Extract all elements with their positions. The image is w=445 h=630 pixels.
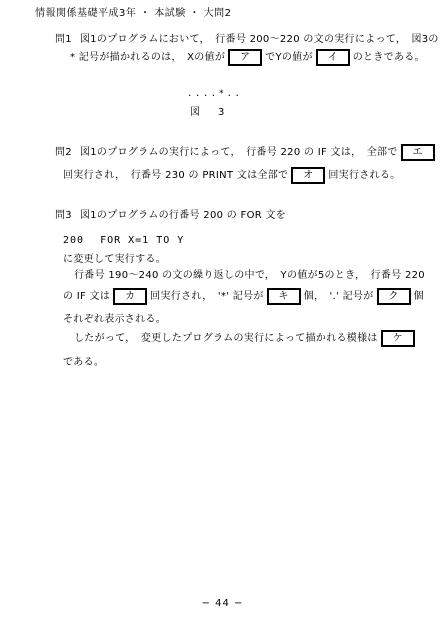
q2-line2-post: 回実行される。 [328,166,400,185]
q3-line4: 行番号 190～240 の文の繰り返しの中で， Yの値が5のとき， 行番号 22… [74,266,425,285]
answer-box-i: イ [316,49,350,66]
q1-line2-mid: でYの値が [265,48,313,67]
q3-label: 問3 [55,206,72,225]
q3-line5-mid2: 個， '.' 記号が [304,287,374,306]
q1-line2: * 記号が描かれるのは， Xの値が ア でYの値が イ のときである。 [70,48,425,67]
q3-line5-mid1: 回実行され， '*' 記号が [150,287,263,306]
q3-line1: 問3 図1のプログラムの行番号 200 の FOR 文を [55,206,286,225]
answer-box-e: エ [401,144,435,161]
q3-line5-pre: の IF 文は [63,287,110,306]
q3-line7: したがって， 変更したプログラムの実行によって描かれる模様は ケ [74,329,418,348]
q1-label: 問1 [55,30,72,49]
q3-line7-text: したがって， 変更したプログラムの実行によって描かれる模様は [74,329,378,348]
q3-line1-text: 図1のプログラムの行番号 200 の FOR 文を [80,206,286,225]
q2-line2: 回実行され， 行番号 230 の PRINT 文は全部で オ 回実行される。 [63,166,400,185]
q2-label: 問2 [55,143,72,162]
answer-box-o: オ [291,167,325,184]
figure3-pattern: ....*.. [187,85,242,104]
answer-box-ku: ク [377,288,411,305]
page-number: − 44 − [0,598,445,609]
q3-line5: の IF 文は カ 回実行され， '*' 記号が キ 個， '.' 記号が ク … [63,287,424,306]
answer-box-ki: キ [267,288,301,305]
code-line-number: 200 [63,231,84,250]
code-statement: FOR X=1 TO Y [100,231,184,250]
q1-line2-pre: * 記号が描かれるのは， Xの値が [70,48,225,67]
q1-line1: 問1 図1のプログラムにおいて， 行番号 200～220 の文の実行によって， … [55,30,439,49]
answer-box-ke: ケ [381,330,415,347]
q1-line1-text: 図1のプログラムにおいて， 行番号 200～220 の文の実行によって， 図3の [80,30,439,49]
q3-line8: である。 [63,353,104,372]
q1-line2-post: のときである。 [353,48,425,67]
document-header: 情報関係基礎平成3年 ・ 本試験 ・ 大問2 [35,4,231,23]
answer-box-a: ア [228,49,262,66]
q3-line5-post: 個 [414,287,424,306]
q2-line1-text: 図1のプログラムの実行によって， 行番号 220 の IF 文は， 全部で [80,143,398,162]
q2-line2-pre: 回実行され， 行番号 230 の PRINT 文は全部で [63,166,288,185]
exam-document-page: 情報関係基礎平成3年 ・ 本試験 ・ 大問2 問1 図1のプログラムにおいて， … [0,0,445,630]
answer-box-ka: カ [113,288,147,305]
figure3-caption: 図 3 [190,103,228,122]
q3-line6: それぞれ表示される。 [63,310,166,329]
q2-line1: 問2 図1のプログラムの実行によって， 行番号 220 の IF 文は， 全部で… [55,143,438,162]
q3-code-line: 200 FOR X=1 TO Y [63,231,184,250]
